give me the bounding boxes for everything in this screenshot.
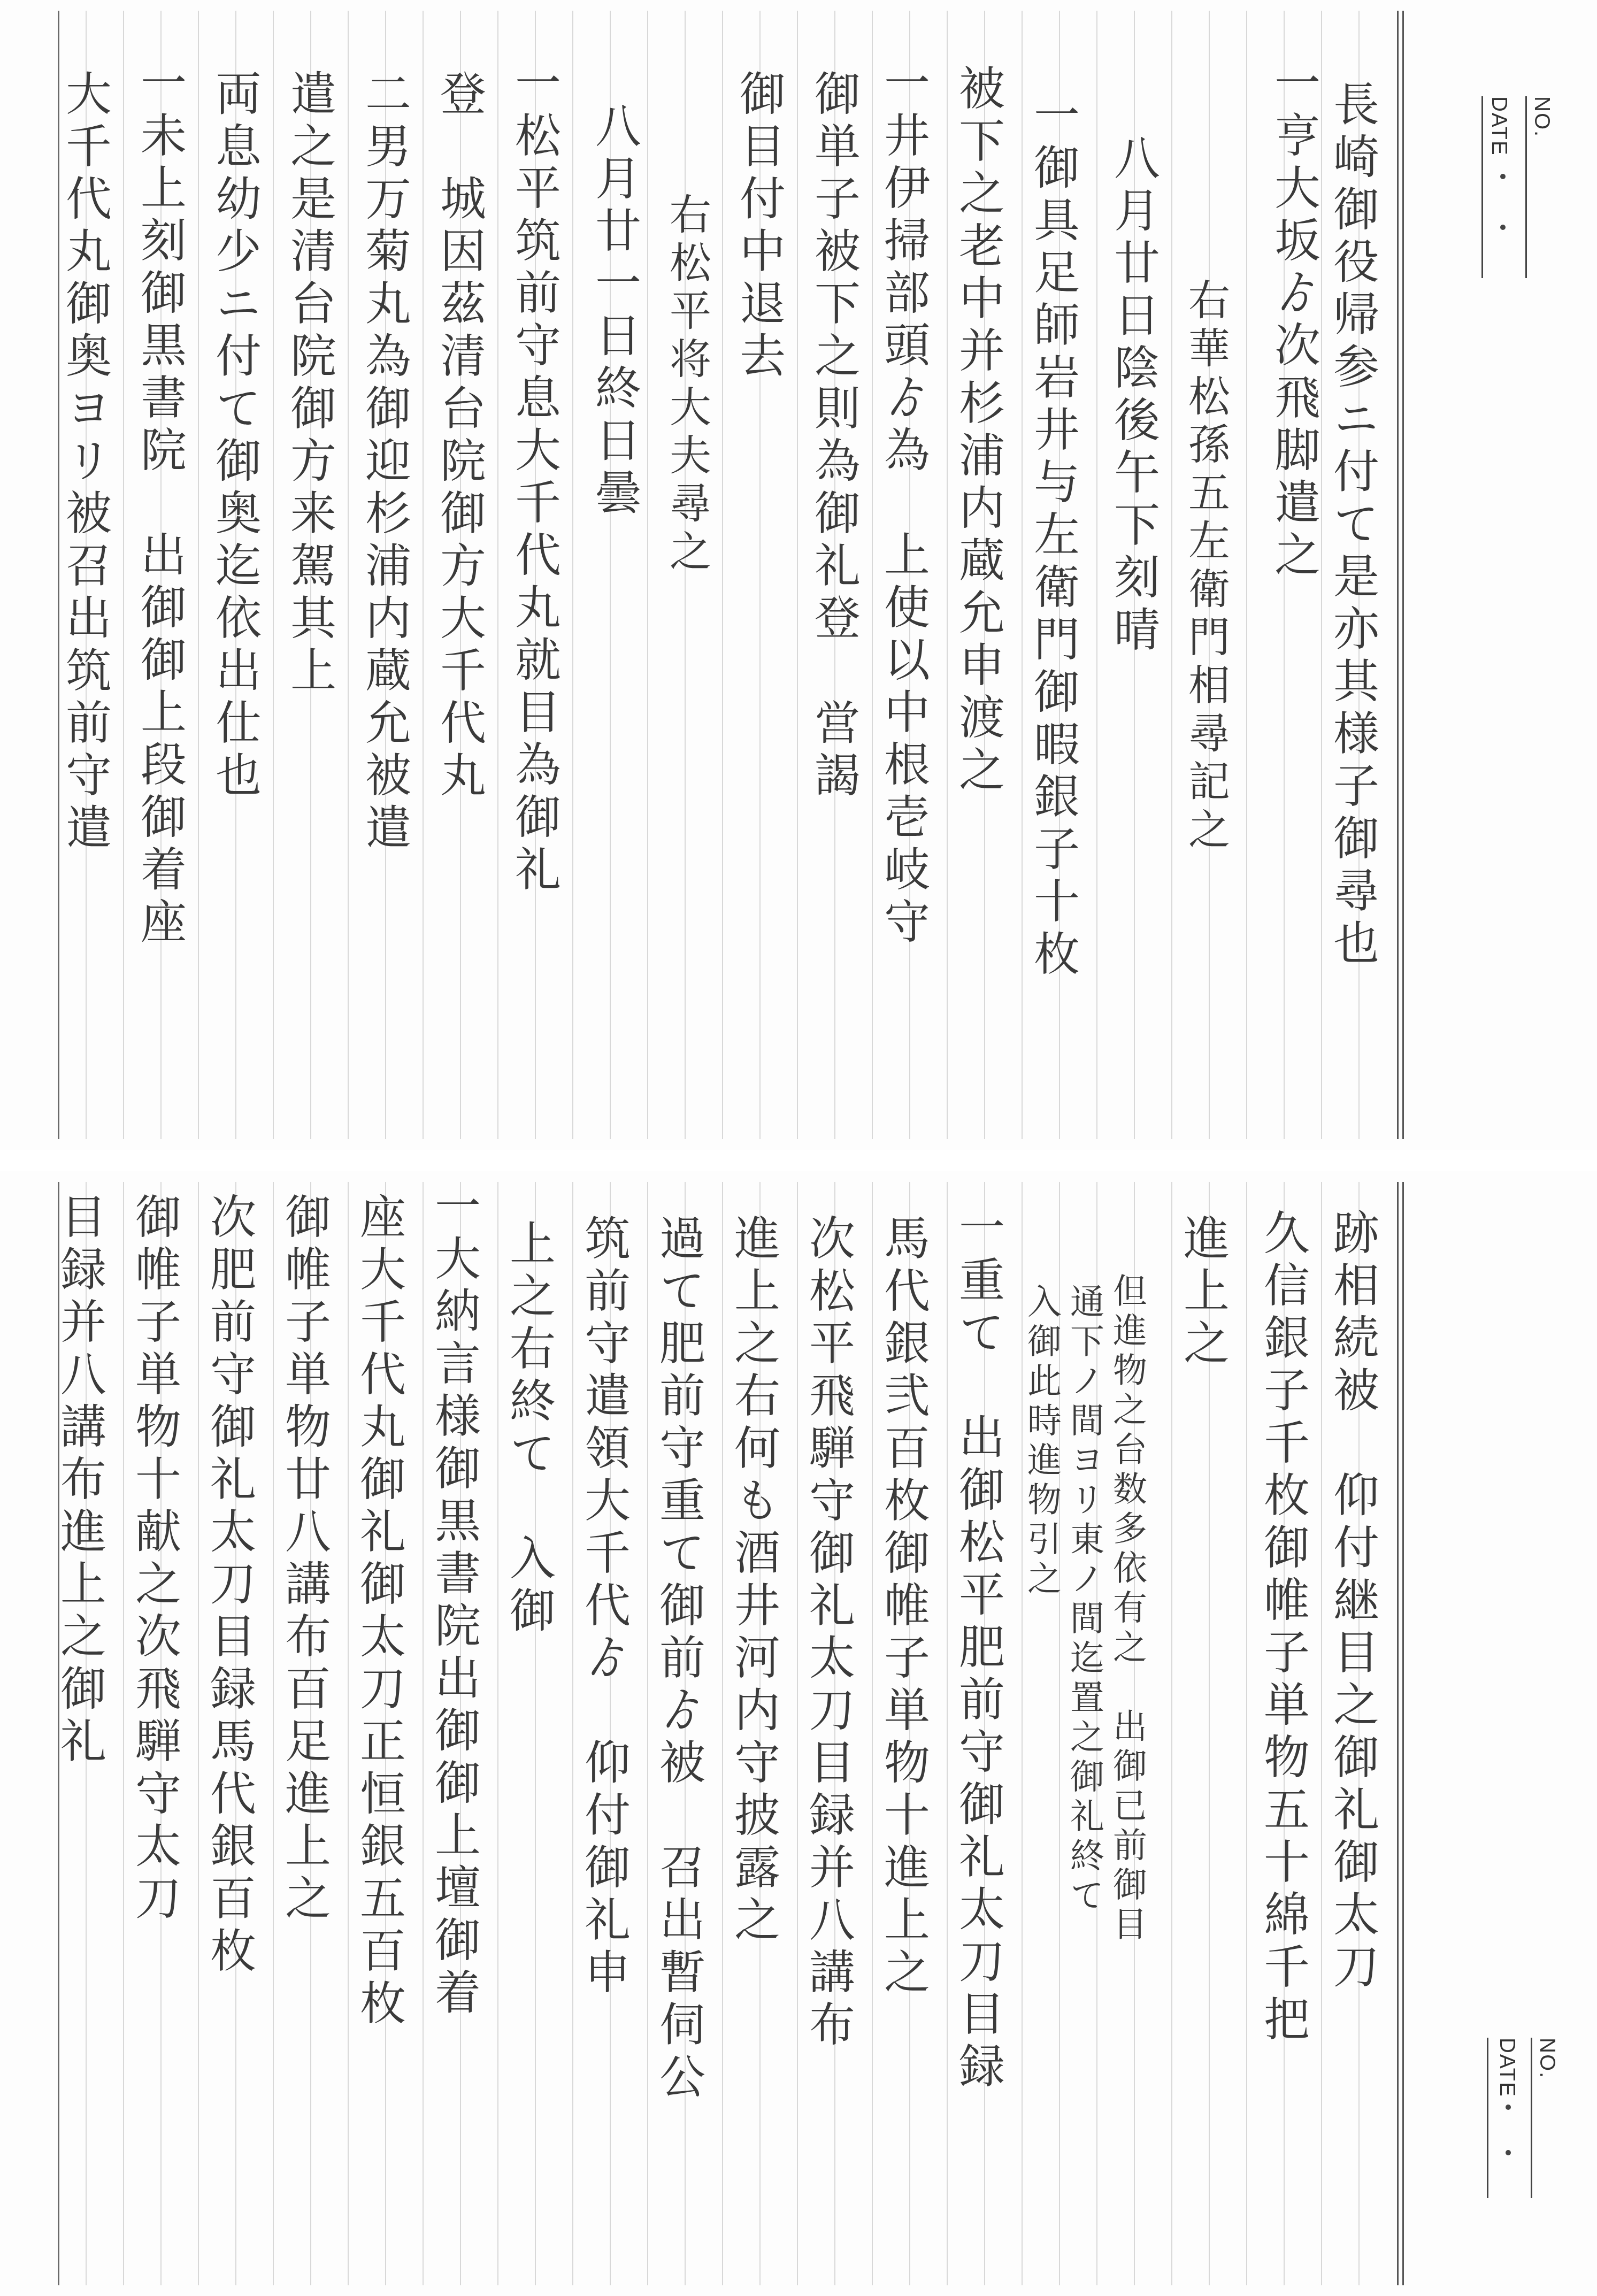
handwritten-column: 久信銀子千枚御帷子単物五十綿千把 — [1260, 1209, 1306, 2047]
handwritten-column: 次肥前守御礼太刀目録馬代銀百枚 — [206, 1193, 252, 1979]
ruled-line — [1246, 1182, 1247, 2285]
ruled-line — [273, 11, 274, 1139]
date-label: DATE — [1495, 2038, 1519, 2098]
ruled-line — [198, 11, 199, 1139]
ruled-line — [797, 1182, 798, 2285]
ruled-line — [872, 11, 873, 1139]
ruled-line — [348, 1182, 349, 2285]
handwritten-column: 御目付中退去 — [735, 70, 781, 384]
handwritten-column: 馬代銀弐百枚御帷子単物十進上之 — [880, 1214, 926, 2000]
handwritten-column: 右松平将大夫尋之 — [666, 193, 708, 578]
ruled-line — [273, 1182, 274, 2285]
ruled-line — [497, 11, 498, 1139]
handwritten-column: 一亨大坂ゟ次飛脚遣之 — [1270, 59, 1316, 583]
handwritten-column: 入御此時進物引之 — [1024, 1284, 1058, 1600]
margin-double-line — [1402, 11, 1404, 1139]
handwritten-column: 遣之是清台院御方来駕其上 — [286, 70, 332, 698]
ruled-line — [647, 11, 648, 1139]
handwritten-column: 筑前守遣領大千代ゟ 仰付御礼申 — [580, 1214, 626, 2000]
ruled-line — [797, 11, 798, 1139]
handwritten-column: 右華松孫五左衛門相尋記之 — [1185, 278, 1226, 856]
ruled-line — [1246, 11, 1247, 1139]
handwritten-column: 過て肥前守重て御前ゟ被 召出暫伺公 — [655, 1214, 701, 2105]
handwritten-column: 登 城因茲清台院御方大千代丸 — [436, 70, 482, 803]
handwritten-column: 上之右終て 入御 — [505, 1219, 551, 1639]
handwritten-column: 一重て 出御松平肥前守御礼太刀目録 — [955, 1203, 1001, 2094]
ruled-line — [722, 1182, 723, 2285]
ruled-line — [123, 1182, 124, 2285]
handwritten-column: 両息幼少ニ付て御奥迄依出仕也 — [211, 70, 257, 803]
handwritten-column: 被下之老中并杉浦内蔵允申渡之 — [955, 64, 1001, 798]
no-label: NO. — [1530, 96, 1554, 137]
ruled-line — [947, 11, 948, 1139]
ruled-line — [198, 1182, 199, 2285]
ruled-line — [872, 1182, 873, 2285]
handwritten-column: 進上之 — [1179, 1214, 1225, 1371]
date-separator-dot — [1500, 225, 1506, 230]
handwritten-column: 跡相続被 仰付継目之御礼御太刀 — [1329, 1209, 1375, 1995]
handwritten-column: 二男万菊丸為御迎杉浦内蔵允被遣 — [361, 70, 407, 856]
handwritten-column: 座大千代丸御礼御太刀正恒銀五百枚 — [356, 1193, 402, 2031]
handwritten-column: 一井伊掃部頭ゟ為 上使以中根壱岐守 — [880, 59, 926, 950]
ruled-line — [1171, 11, 1172, 1139]
ruled-line — [1096, 11, 1097, 1139]
handwritten-column: 御帷子単物十献之次飛騨守太刀 — [131, 1193, 177, 1926]
ruled-line — [1171, 1182, 1172, 2285]
handwritten-column: 進上之右何も酒井河内守披露之 — [730, 1214, 776, 1948]
ruled-line — [722, 11, 723, 1139]
handwritten-column: 御単子被下之則為御礼登 営謁 — [810, 70, 856, 803]
handwritten-column: 大千代丸御奥ヨリ被召出筑前守遣 — [62, 70, 108, 856]
ruled-line — [423, 11, 424, 1139]
handwritten-column: 一松平筑前守息大千代丸就目為御礼 — [511, 59, 557, 897]
ruled-line — [647, 1182, 648, 2285]
ruled-line — [1321, 11, 1322, 1139]
handwritten-column: 御帷子単物廿八講布百足進上之 — [281, 1193, 327, 1926]
ruled-line — [572, 1182, 573, 2285]
ruled-line — [947, 1182, 948, 2285]
handwritten-column: 通下ノ間ヨリ東ノ間迄置之御礼終て — [1067, 1284, 1101, 1917]
ruled-line — [123, 11, 124, 1139]
ruled-line — [1022, 11, 1023, 1139]
date-separator-dot — [1506, 2105, 1511, 2110]
ruled-line — [572, 11, 573, 1139]
ruled-line — [348, 11, 349, 1139]
handwritten-column: 一未上刻御黒書院 出御御上段御着座 — [136, 59, 182, 950]
handwritten-column: 但進物之台数多依有之 出御已前御目 — [1110, 1273, 1144, 1946]
handwritten-column: 八月廿一日終日曇 — [591, 102, 637, 521]
handwritten-column: 一大納言様御黒書院出御御上壇御着 — [431, 1182, 477, 2021]
notebook-page-bottom: NO. DATE 跡相続被 仰付継目之御礼御太刀久信銀子千枚御帷子単物五十綿千把… — [0, 1171, 1597, 2296]
handwritten-column: 八月廿日陰後午下刻晴 — [1110, 134, 1156, 658]
handwritten-column: 長崎御役帰参ニ付て是亦其様子御尋也 — [1329, 80, 1375, 971]
ruled-line — [497, 1182, 498, 2285]
ruled-line — [1321, 1182, 1322, 2285]
no-label: NO. — [1535, 2038, 1559, 2079]
date-label: DATE — [1487, 96, 1511, 156]
no-field-line[interactable] — [1531, 2038, 1532, 2198]
handwritten-column: 次松平飛騨守御礼太刀目録并八講布 — [805, 1214, 851, 2053]
date-separator-dot — [1506, 2150, 1511, 2155]
date-field-line[interactable] — [1481, 96, 1483, 278]
handwritten-column: 一御具足師岩井与左衛門御暇銀子十枚 — [1030, 91, 1076, 982]
date-separator-dot — [1500, 174, 1506, 179]
ruled-line — [423, 1182, 424, 2285]
margin-double-line — [1402, 1182, 1404, 2285]
notebook-page-top: NO. DATE 長崎御役帰参ニ付て是亦其様子御尋也一亨大坂ゟ次飛脚遣之右華松孫… — [0, 0, 1597, 1150]
date-field-line[interactable] — [1487, 2038, 1488, 2198]
handwritten-column: 目録并八講布進上之御礼 — [56, 1193, 102, 1769]
no-field-line[interactable] — [1525, 96, 1527, 278]
margin-double-line — [1397, 1182, 1399, 2285]
margin-double-line — [1397, 11, 1399, 1139]
